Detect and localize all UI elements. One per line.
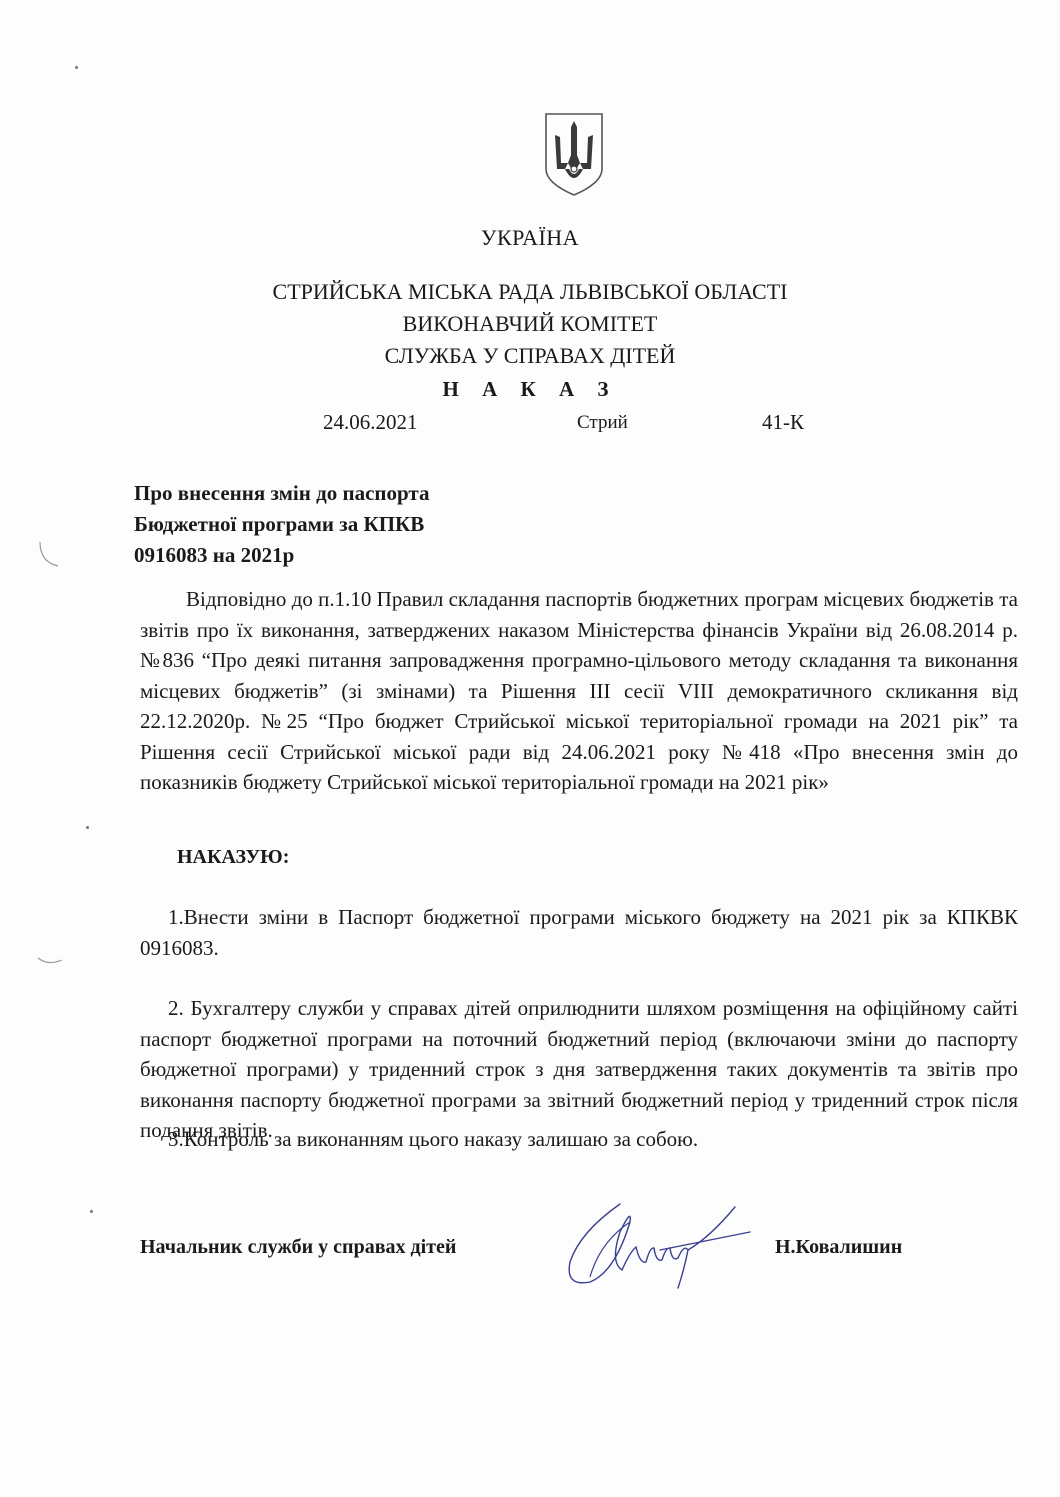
org-line-service: СЛУЖБА У СПРАВАХ ДІТЕЙ xyxy=(0,343,1060,369)
document-page: УКРАЇНА СТРИЙСЬКА МІСЬКА РАДА ЛЬВІВСЬКОЇ… xyxy=(0,0,1060,1497)
order-item: 1.Внести зміни в Паспорт бюджетної прогр… xyxy=(140,902,1018,963)
org-line-committee: ВИКОНАВЧИЙ КОМІТЕТ xyxy=(0,311,1060,337)
handwritten-signature xyxy=(560,1192,770,1292)
scan-artifact-mark xyxy=(36,952,66,968)
document-type: Н А К А З xyxy=(0,377,1060,402)
signatory-title: Начальник служби у справах дітей xyxy=(140,1236,456,1259)
document-subject: Про внесення змін до паспорта Бюджетної … xyxy=(134,478,430,571)
signatory-name: Н.Ковалишин xyxy=(775,1236,902,1259)
order-heading: НАКАЗУЮ: xyxy=(177,846,289,869)
scan-dot xyxy=(86,826,89,829)
preamble-paragraph: Відповідно до п.1.10 Правил складання па… xyxy=(140,584,1018,798)
document-date: 24.06.2021 xyxy=(323,410,418,435)
scan-artifact-mark xyxy=(36,540,66,570)
scan-dot xyxy=(90,1210,93,1213)
subject-line: Бюджетної програми за КПКВ xyxy=(134,509,430,540)
org-line-council: СТРИЙСЬКА МІСЬКА РАДА ЛЬВІВСЬКОЇ ОБЛАСТІ xyxy=(0,279,1060,305)
trident-emblem-icon xyxy=(543,111,605,197)
subject-line: Про внесення змін до паспорта xyxy=(134,478,430,509)
document-place: Стрий xyxy=(577,412,628,434)
country-heading: УКРАЇНА xyxy=(0,225,1060,251)
order-item: 3.Контроль за виконанням цього наказу за… xyxy=(140,1124,1018,1155)
subject-line: 0916083 на 2021р xyxy=(134,540,430,571)
document-number: 41-К xyxy=(762,410,804,435)
order-item: 2. Бухгалтеру служби у справах дітей опр… xyxy=(140,993,1018,1146)
scan-dot xyxy=(75,66,78,69)
